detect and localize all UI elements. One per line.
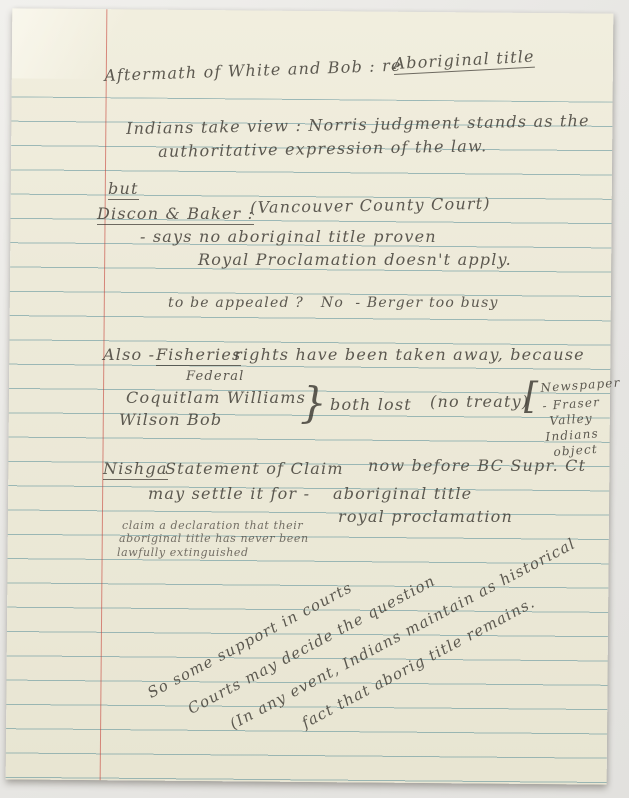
scan-background: Aftermath of White and Bob : reAborigina…: [0, 0, 629, 798]
ruled-lines: [6, 96, 613, 785]
notebook-page: [6, 8, 614, 784]
